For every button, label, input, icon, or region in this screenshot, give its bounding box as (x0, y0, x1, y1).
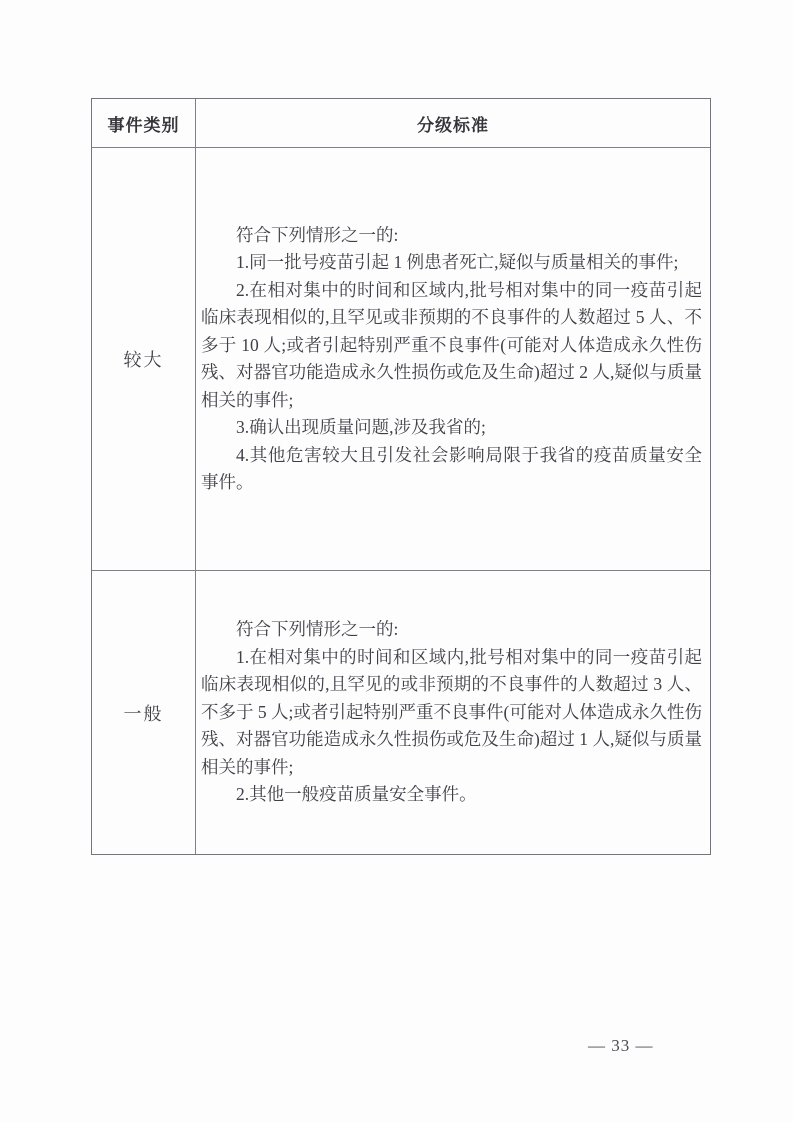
criteria-cell-major: 符合下列情形之一的: 1.同一批号疫苗引起 1 例患者死亡,疑似与质量相关的事件… (196, 148, 710, 570)
criteria-paragraph: 2.其他一般疫苗质量安全事件。 (201, 781, 702, 809)
grading-standards-table: 事件类别 分级标准 较大 符合下列情形之一的: 1.同一批号疫苗引起 1 例患者… (91, 98, 711, 855)
category-cell-general: 一般 (92, 571, 196, 854)
document-page: 事件类别 分级标准 较大 符合下列情形之一的: 1.同一批号疫苗引起 1 例患者… (0, 0, 793, 1122)
category-label-general: 一般 (124, 700, 164, 726)
criteria-paragraph: 1.在相对集中的时间和区域内,批号相对集中的同一疫苗引起临床表现相似的,且罕见的… (201, 644, 702, 782)
criteria-cell-general: 符合下列情形之一的: 1.在相对集中的时间和区域内,批号相对集中的同一疫苗引起临… (196, 571, 710, 854)
category-label-major: 较大 (124, 346, 164, 372)
table-header-row: 事件类别 分级标准 (92, 99, 710, 147)
criteria-paragraph: 符合下列情形之一的: (201, 616, 702, 644)
header-cell-criteria: 分级标准 (196, 99, 710, 147)
criteria-paragraph: 符合下列情形之一的: (201, 222, 702, 250)
criteria-paragraph: 2.在相对集中的时间和区域内,批号相对集中的同一疫苗引起临床表现相似的,且罕见或… (201, 277, 702, 415)
header-cell-category: 事件类别 (92, 99, 196, 147)
header-label-category: 事件类别 (108, 111, 180, 136)
page-number: — 33 — (588, 1036, 654, 1056)
table-row-general: 一般 符合下列情形之一的: 1.在相对集中的时间和区域内,批号相对集中的同一疫苗… (92, 570, 710, 854)
header-label-criteria: 分级标准 (417, 111, 489, 136)
criteria-paragraph: 4.其他危害较大且引发社会影响局限于我省的疫苗质量安全事件。 (201, 442, 702, 497)
criteria-paragraph: 3.确认出现质量问题,涉及我省的; (201, 414, 702, 442)
criteria-paragraph: 1.同一批号疫苗引起 1 例患者死亡,疑似与质量相关的事件; (201, 249, 702, 277)
table-row-major: 较大 符合下列情形之一的: 1.同一批号疫苗引起 1 例患者死亡,疑似与质量相关… (92, 147, 710, 570)
category-cell-major: 较大 (92, 148, 196, 570)
